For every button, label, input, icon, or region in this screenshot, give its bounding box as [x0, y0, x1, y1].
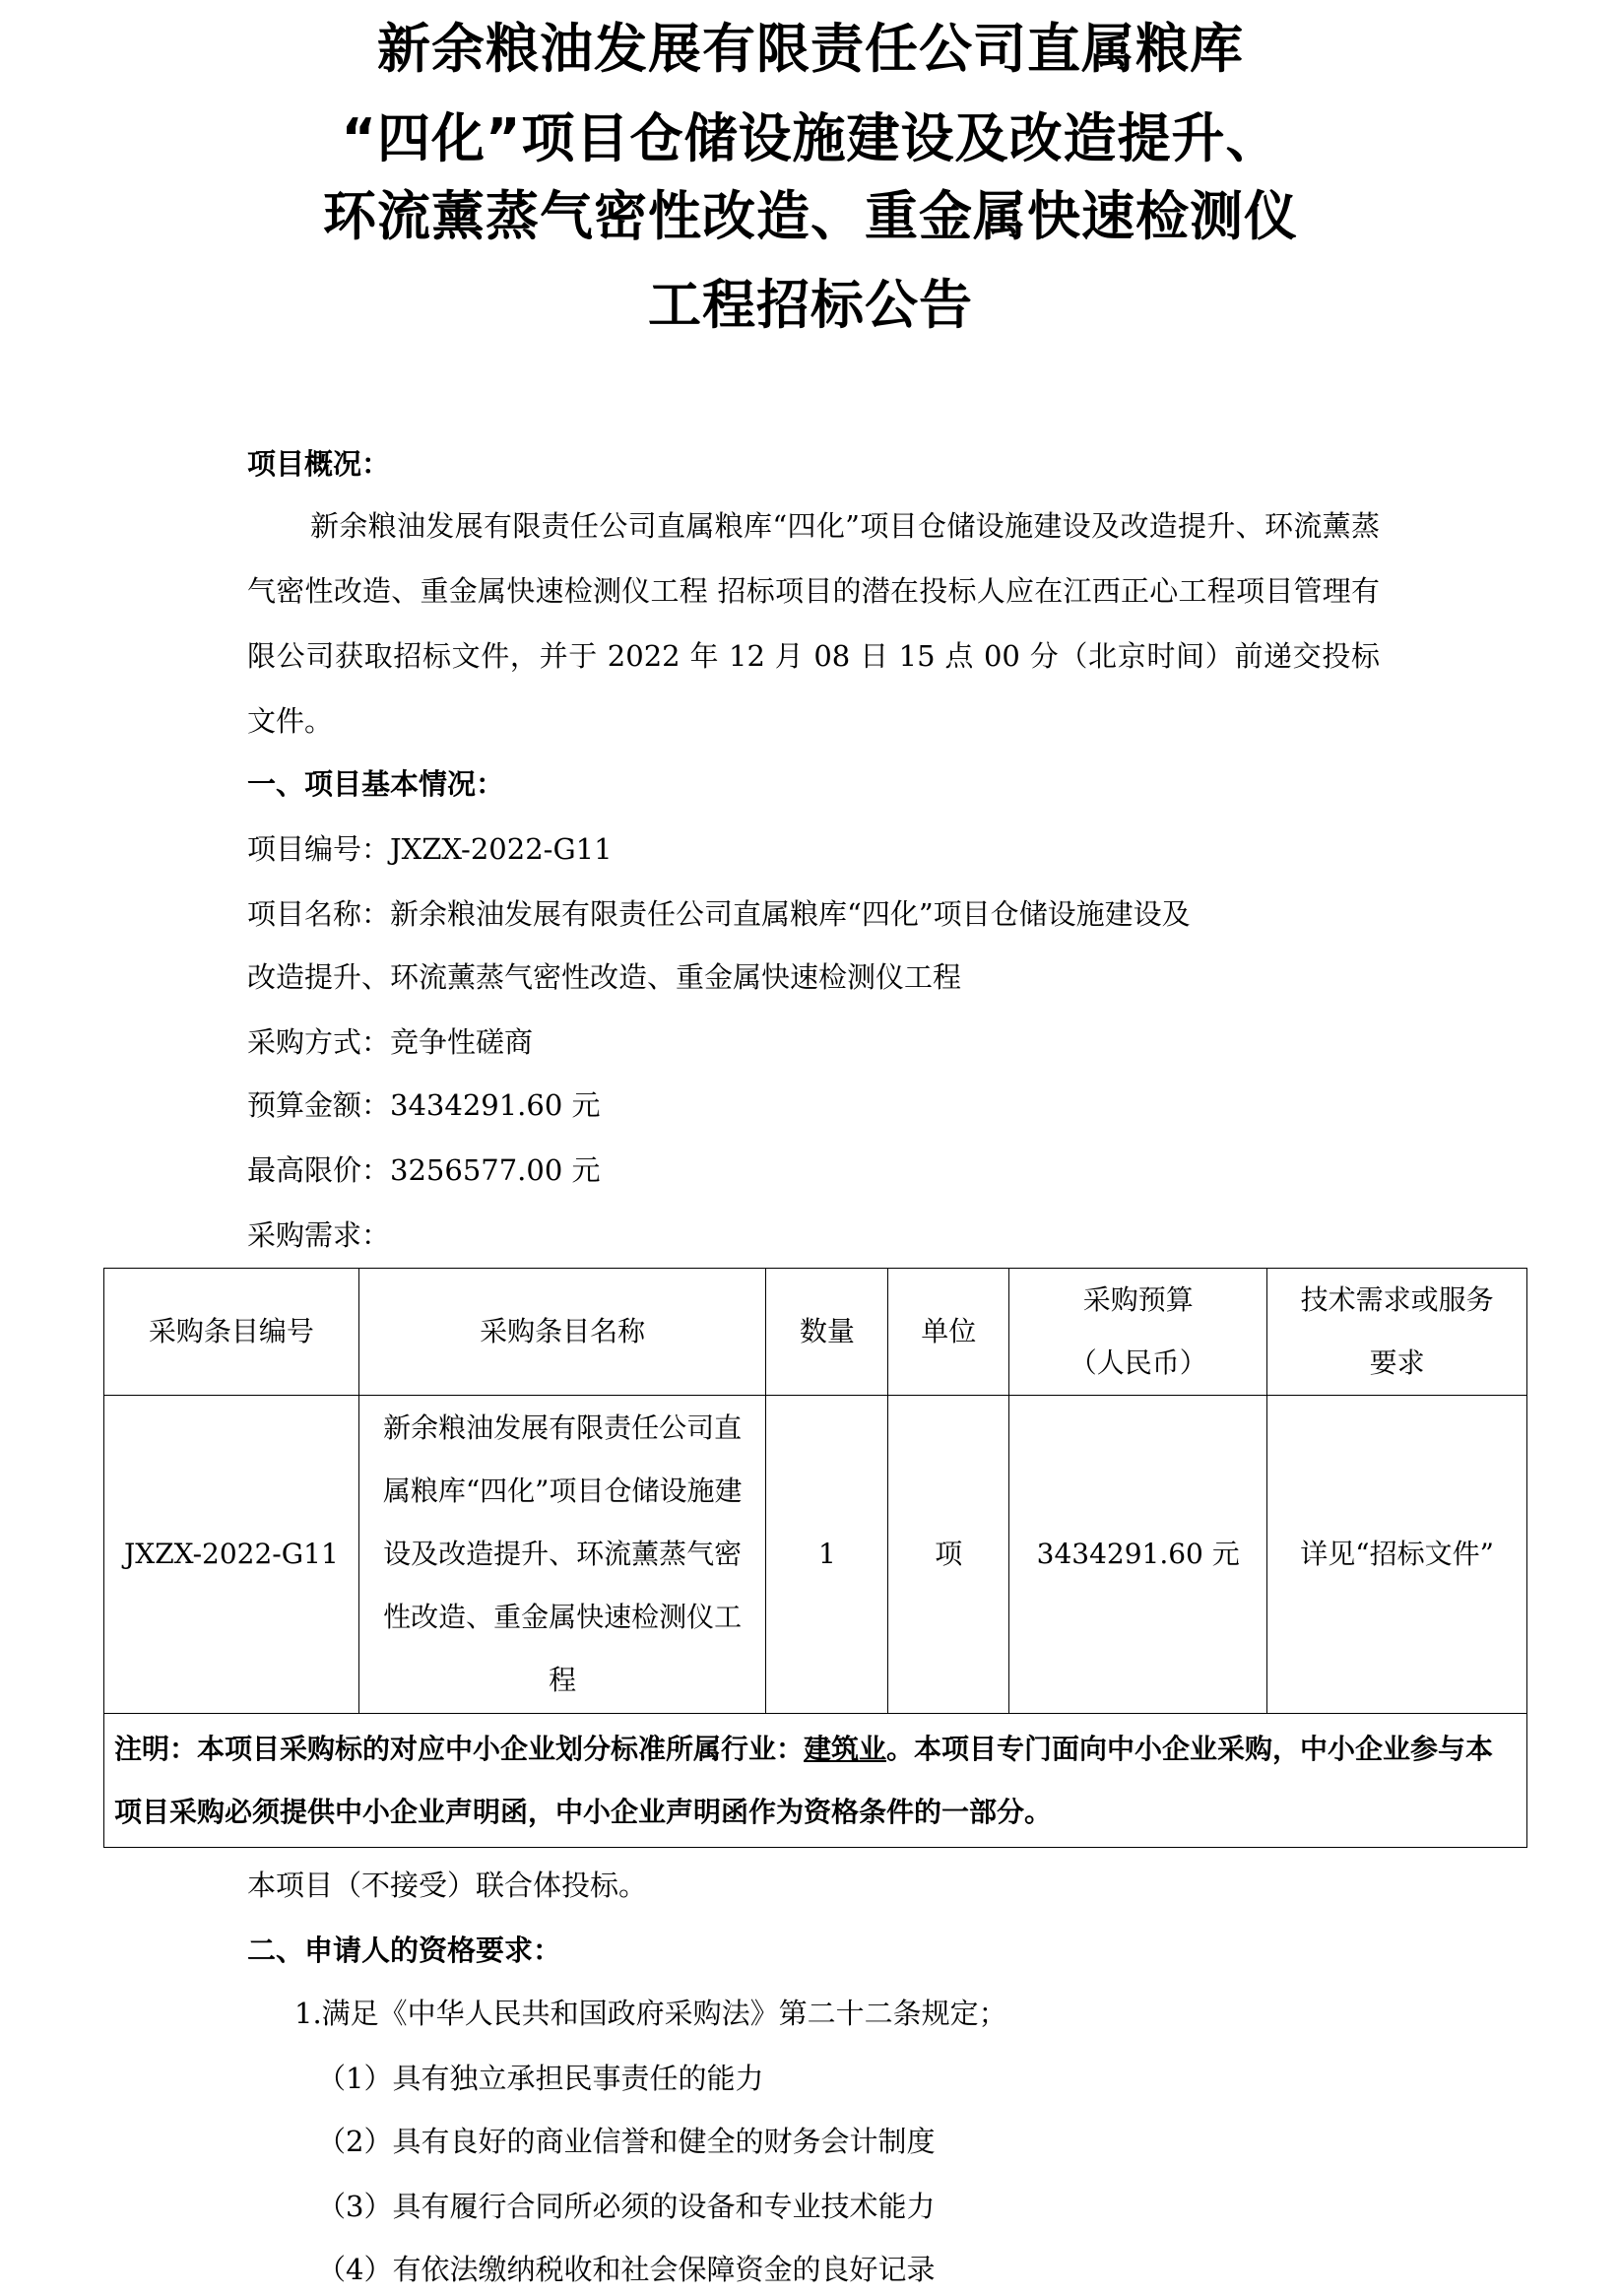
- document-title-line-4: 工程招标公告: [0, 276, 1621, 335]
- header-item-name: 采购条目名称: [358, 1269, 766, 1396]
- procurement-method-label: 采购方式：: [247, 1025, 390, 1059]
- document-title-line-1: 新余粮油发展有限责任公司直属粮库: [0, 20, 1621, 79]
- header-budget: 采购预算 （人民币）: [1009, 1269, 1267, 1396]
- max-price-row: 最高限价：3256577.00 元: [247, 1150, 601, 1190]
- project-name-continuation: 改造提升、环流薰蒸气密性改造、重金属快速检测仪工程: [247, 957, 961, 997]
- cell-budget: 3434291.60 元: [1009, 1396, 1267, 1714]
- qualification-subitem-4: （4）有依法缴纳税收和社会保障资金的良好记录: [317, 2250, 935, 2289]
- header-tech-requirements: 技术需求或服务 要求: [1267, 1269, 1527, 1396]
- qualification-subitem-2: （2）具有良好的商业信誉和健全的财务会计制度: [317, 2122, 935, 2161]
- overview-paragraph: 新余粮油发展有限责任公司直属粮库“四化”项目仓储设施建设及改造提升、环流薰蒸气密…: [247, 493, 1380, 754]
- cell-unit: 项: [888, 1396, 1009, 1714]
- procurement-demand-label: 采购需求：: [247, 1215, 390, 1255]
- consortium-statement: 本项目（不接受）联合体投标。: [247, 1866, 647, 1905]
- sme-note-prefix: 注明：本项目采购标的对应中小企业划分标准所属行业：: [114, 1733, 804, 1765]
- project-number-row: 项目编号：JXZX-2022-G11: [247, 829, 613, 869]
- section-2-heading: 二、申请人的资格要求：: [247, 1931, 561, 1970]
- cell-quantity: 1: [766, 1396, 888, 1714]
- project-number-value: JXZX-2022-G11: [390, 832, 613, 866]
- project-name-value: 新余粮油发展有限责任公司直属粮库“四化”项目仓储设施建设及: [390, 897, 1191, 931]
- header-budget-line-2: （人民币）: [1015, 1332, 1261, 1395]
- table-header-row: 采购条目编号 采购条目名称 数量 单位 采购预算 （人民币） 技术需求或服务 要…: [104, 1269, 1527, 1396]
- table-row: JXZX-2022-G11 新余粮油发展有限责任公司直属粮库“四化”项目仓储设施…: [104, 1396, 1527, 1714]
- overview-heading: 项目概况：: [247, 444, 390, 484]
- document-title-line-3: 环流薰蒸气密性改造、重金属快速检测仪: [0, 187, 1621, 246]
- qualification-subitem-3: （3）具有履行合同所必须的设备和专业技术能力: [317, 2187, 935, 2226]
- cell-item-number: JXZX-2022-G11: [104, 1396, 359, 1714]
- header-quantity: 数量: [766, 1269, 888, 1396]
- project-number-label: 项目编号：: [247, 832, 390, 866]
- document-title-line-2: “四化”项目仓储设施建设及改造提升、: [0, 109, 1621, 168]
- section-1-heading: 一、项目基本情况：: [247, 764, 504, 804]
- project-name-label: 项目名称：: [247, 897, 390, 931]
- qualification-item-1: 1.满足《中华人民共和国政府采购法》第二十二条规定；: [294, 1994, 1007, 2033]
- budget-row: 预算金额：3434291.60 元: [247, 1085, 601, 1125]
- budget-label: 预算金额：: [247, 1088, 390, 1122]
- cell-item-name: 新余粮油发展有限责任公司直属粮库“四化”项目仓储设施建设及改造提升、环流薰蒸气密…: [358, 1396, 766, 1714]
- project-name-row: 项目名称：新余粮油发展有限责任公司直属粮库“四化”项目仓储设施建设及: [247, 894, 1191, 934]
- procurement-table: 采购条目编号 采购条目名称 数量 单位 采购预算 （人民币） 技术需求或服务 要…: [103, 1268, 1527, 1848]
- header-item-number: 采购条目编号: [104, 1269, 359, 1396]
- header-budget-line-1: 采购预算: [1015, 1269, 1261, 1332]
- header-tech-line-1: 技术需求或服务: [1273, 1269, 1521, 1332]
- max-price-value: 3256577.00 元: [390, 1153, 601, 1187]
- table-note-row: 注明：本项目采购标的对应中小企业划分标准所属行业：建筑业。本项目专门面向中小企业…: [104, 1714, 1527, 1848]
- procurement-method-row: 采购方式：竞争性磋商: [247, 1022, 533, 1062]
- sme-note: 注明：本项目采购标的对应中小企业划分标准所属行业：建筑业。本项目专门面向中小企业…: [104, 1714, 1527, 1848]
- cell-tech-requirements: 详见“招标文件”: [1267, 1396, 1527, 1714]
- header-tech-line-2: 要求: [1273, 1332, 1521, 1395]
- header-unit: 单位: [888, 1269, 1009, 1396]
- sme-note-industry: 建筑业: [804, 1733, 886, 1765]
- qualification-subitem-1: （1）具有独立承担民事责任的能力: [317, 2059, 763, 2098]
- procurement-method-value: 竞争性磋商: [390, 1025, 533, 1059]
- budget-value: 3434291.60 元: [390, 1088, 601, 1122]
- max-price-label: 最高限价：: [247, 1153, 390, 1187]
